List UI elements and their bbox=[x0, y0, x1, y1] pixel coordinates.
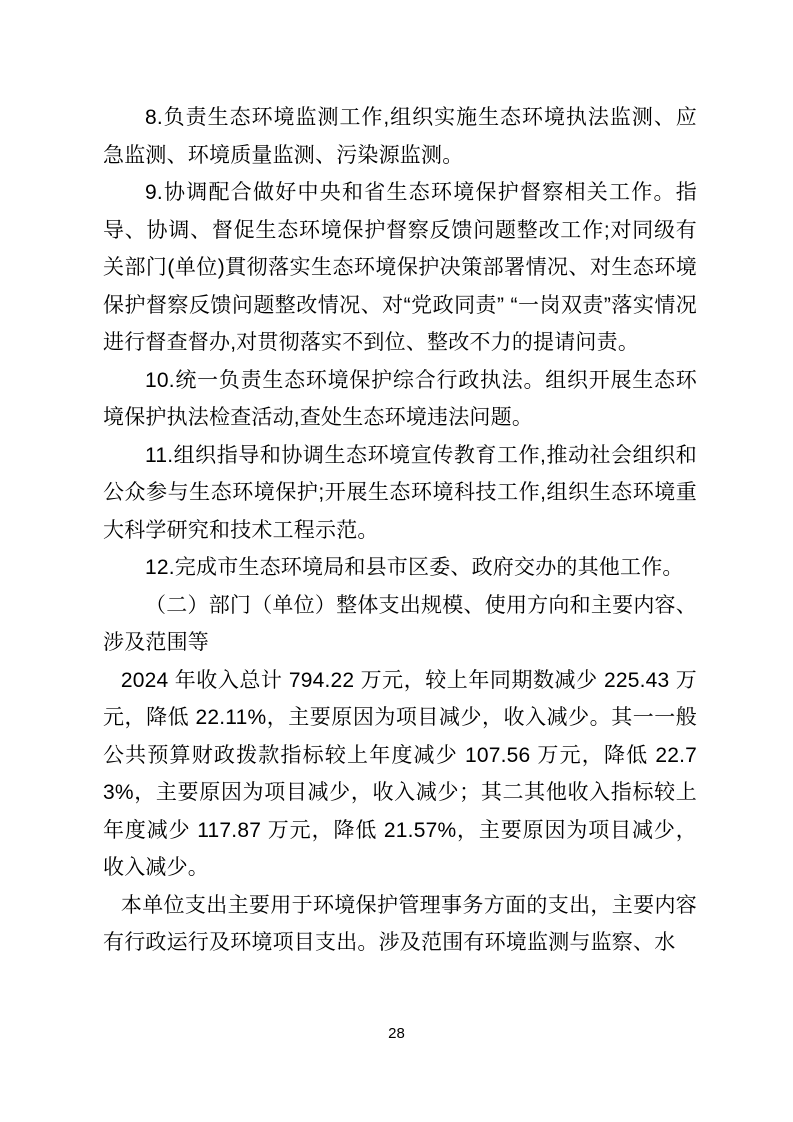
paragraph-duty-9: 9.协调配合做好中央和省生态环境保护督察相关工作。指导、协调、督促生态环境保护督… bbox=[103, 174, 697, 362]
document-body: 8.负责生态环境监测工作,组织实施生态环境执法监测、应急监测、环境质量监测、污染… bbox=[103, 99, 697, 962]
paragraph-duty-12: 12.完成市生态环境局和县市区委、政府交办的其他工作。 bbox=[103, 549, 697, 587]
paragraph-expenditure-scope: 本单位支出主要用于环境保护管理事务方面的支出，主要内容有行政运行及环境项目支出。… bbox=[103, 887, 697, 962]
section-heading-2: （二）部门（单位）整体支出规模、使用方向和主要内容、涉及范围等 bbox=[103, 587, 697, 662]
paragraph-duty-10: 10.统一负责生态环境保护综合行政执法。组织开展生态环境保护执法检查活动,查处生… bbox=[103, 362, 697, 437]
page-number: 28 bbox=[0, 1024, 793, 1044]
paragraph-duty-8: 8.负责生态环境监测工作,组织实施生态环境执法监测、应急监测、环境质量监测、污染… bbox=[103, 99, 697, 174]
document-page: 8.负责生态环境监测工作,组织实施生态环境执法监测、应急监测、环境质量监测、污染… bbox=[0, 0, 793, 1122]
paragraph-duty-11: 11.组织指导和协调生态环境宣传教育工作,推动社会组织和公众参与生态环境保护;开… bbox=[103, 437, 697, 550]
paragraph-income-2024: 2024 年收入总计 794.22 万元，较上年同期数减少 225.43 万元，… bbox=[103, 662, 697, 887]
